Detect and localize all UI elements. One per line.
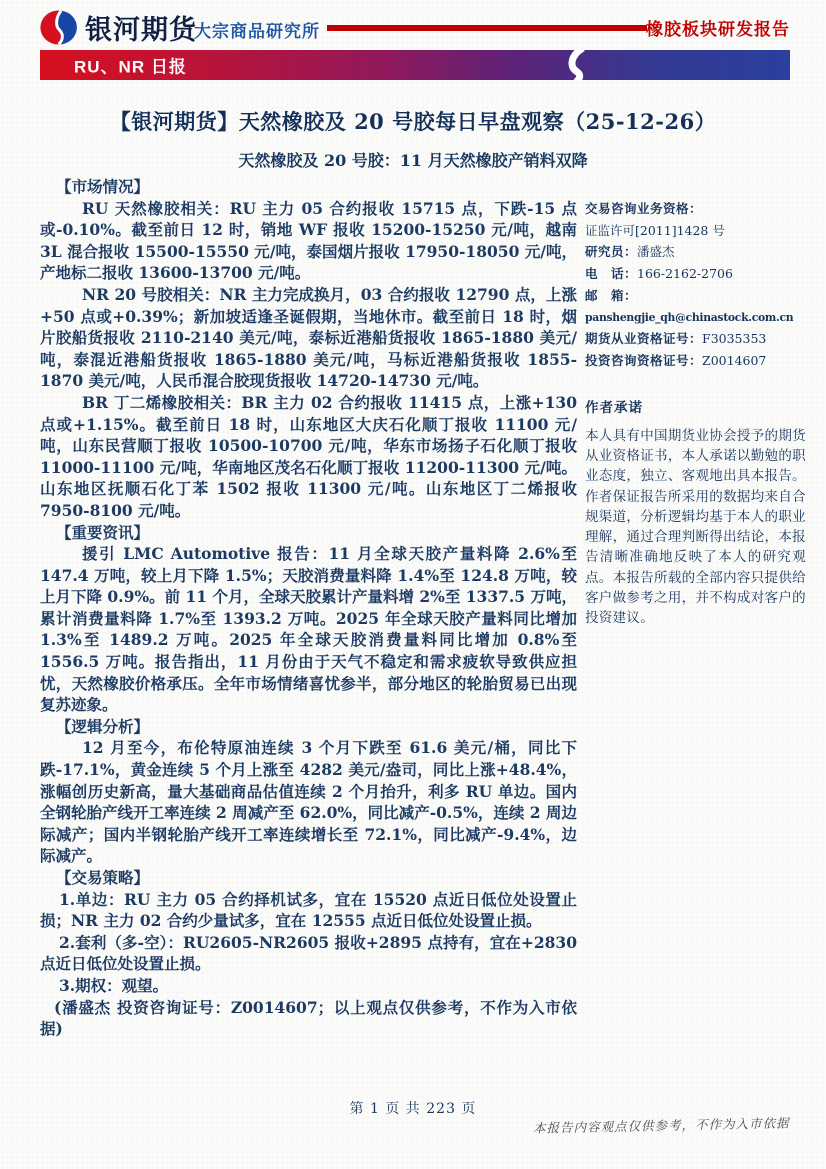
report-title: 【银河期货】天然橡胶及 20 号胶每日早盘观察（25-12-26） xyxy=(0,106,826,136)
report-subtitle: 天然橡胶及 20 号胶：11 月天然橡胶产销料双降 xyxy=(0,148,826,171)
author-promise-title: 作者承诺 xyxy=(585,396,806,416)
analyst-signature: (潘盛杰 投资咨询证号：Z0014607；以上观点仅供参考，不作为入市依据) xyxy=(40,997,577,1040)
paragraph: 2.套利（多-空）：RU2605-NR2605 报收+2895 点持有，宜在+2… xyxy=(40,932,577,975)
researcher-row: 研究员：潘盛杰 xyxy=(585,241,806,263)
report-page: 银河期货 大宗商品研究所 橡胶板块研发报告 RU、NR 日报 【银河期货】天然橡… xyxy=(0,0,826,1169)
paragraph: 1.单边：RU 主力 05 合约择机试多，宜在 15520 点近日低位处设置止损… xyxy=(40,889,577,932)
dept-name: 大宗商品研究所 xyxy=(194,17,320,42)
paragraph: 12 月至今，布伦特原油连续 3 个月下跌至 61.6 美元/桶，同比下跌-17… xyxy=(40,737,577,867)
section-heading: 【市场情况】 xyxy=(40,176,577,198)
banner-swoosh-icon xyxy=(563,50,591,80)
section-strategy: 【交易策略】 1.单边：RU 主力 05 合约择机试多，宜在 15520 点近日… xyxy=(40,867,577,1040)
futures-cert-row: 期货从业资格证号：F3035353 xyxy=(585,328,806,350)
qualification-value: 证监许可[2011]1428 号 xyxy=(585,220,806,242)
report-tag: 橡胶板块研发报告 xyxy=(646,15,790,40)
paragraph: 援引 LMC Automotive 报告：11 月全球天胶产量料降 2.6%至 … xyxy=(40,543,577,716)
qualification-label: 交易咨询业务资格： xyxy=(585,198,806,220)
email-value: panshengjie_qh@chinastock.com.cn xyxy=(585,307,806,329)
section-news: 【重要资讯】 援引 LMC Automotive 报告：11 月全球天胶产量料降… xyxy=(40,522,577,716)
paragraph: RU 天然橡胶相关：RU 主力 05 合约报收 15715 点，下跌-15 点或… xyxy=(40,198,577,284)
section-heading: 【重要资讯】 xyxy=(40,522,577,544)
email-label: 邮 箱： xyxy=(585,285,806,307)
section-heading: 【交易策略】 xyxy=(40,867,577,889)
paragraph: NR 20 号胶相关：NR 主力完成换月，03 合约报收 12790 点，上涨+… xyxy=(40,284,577,392)
phone-row: 电 话：166-2162-2706 xyxy=(585,263,806,285)
paragraph: 3.期权：观望。 xyxy=(40,975,577,997)
sidebar: 交易咨询业务资格： 证监许可[2011]1428 号 研究员：潘盛杰 电 话：1… xyxy=(585,198,806,629)
advisory-cert-row: 投资咨询资格证号：Z0014607 xyxy=(585,350,806,372)
section-heading: 【逻辑分析】 xyxy=(40,716,577,738)
header-divider-line xyxy=(327,25,647,31)
section-market: 【市场情况】 RU 天然橡胶相关：RU 主力 05 合约报收 15715 点，下… xyxy=(40,176,577,522)
header-brand-row: 银河期货 大宗商品研究所 橡胶板块研发报告 xyxy=(40,8,790,48)
section-logic: 【逻辑分析】 12 月至今，布伦特原油连续 3 个月下跌至 61.6 美元/桶，… xyxy=(40,716,577,867)
galaxy-logo-icon xyxy=(40,10,77,45)
report-body: 【市场情况】 RU 天然橡胶相关：RU 主力 05 合约报收 15715 点，下… xyxy=(40,176,577,1040)
report-banner: RU、NR 日报 xyxy=(40,50,790,80)
paragraph: BR 丁二烯橡胶相关：BR 主力 02 合约报收 11415 点，上涨+130 … xyxy=(40,392,577,522)
contact-block: 交易咨询业务资格： 证监许可[2011]1428 号 研究员：潘盛杰 电 话：1… xyxy=(585,198,806,372)
brand-name: 银河期货 xyxy=(85,8,197,47)
banner-title: RU、NR 日报 xyxy=(74,53,187,78)
author-promise-text: 本人具有中国期货业协会授予的期货从业资格证书，本人承诺以勤勉的职业态度，独立、客… xyxy=(585,426,806,629)
